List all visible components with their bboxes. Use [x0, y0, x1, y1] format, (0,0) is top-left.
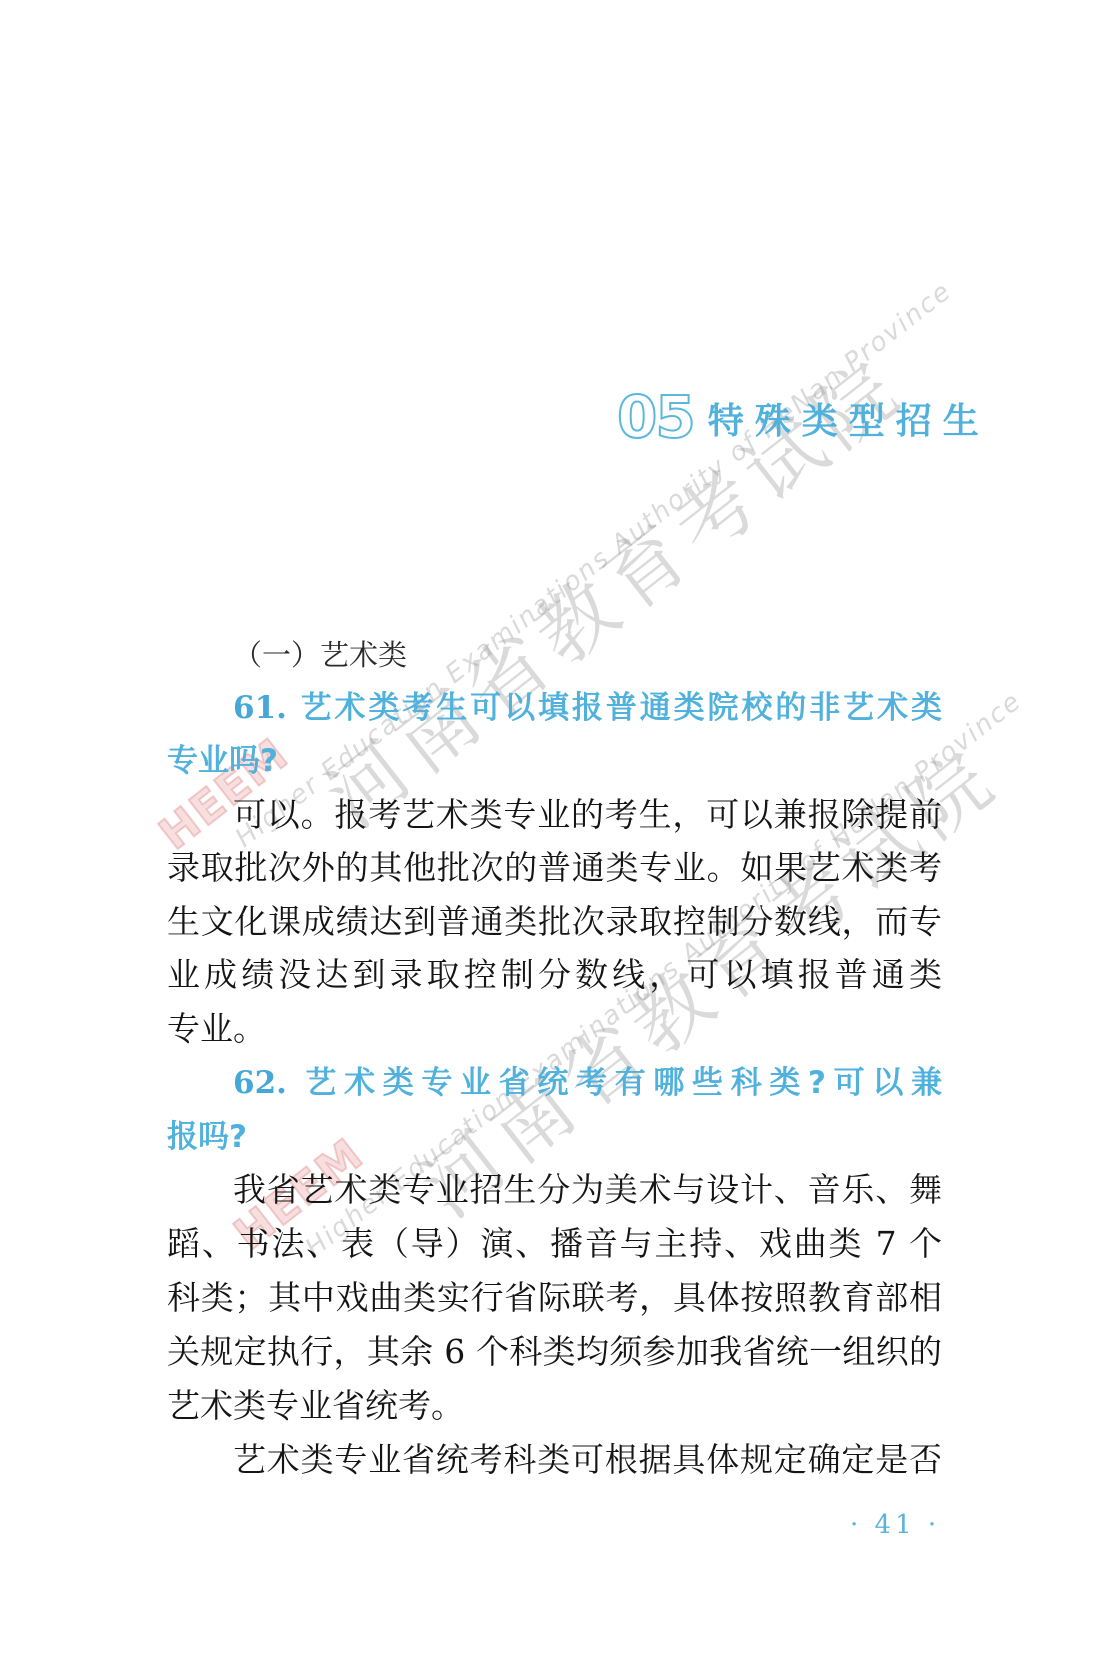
question-title: 61. 艺术类考生可以填报普通类院校的非艺术类: [233, 681, 942, 735]
chapter-title: 05 特殊类型招生: [617, 388, 990, 446]
answer-paragraph-line: 关规定执行，其余 6 个科类均须参加我省统一组织的: [167, 1325, 942, 1379]
question-title-text: 艺术类考生可以填报普通类院校的非艺术类: [301, 690, 942, 726]
answer-paragraph-line: 业成绩没达到录取控制分数线，可以填报普通类: [167, 948, 942, 1002]
page-number: · 41 ·: [850, 1510, 940, 1540]
question-number: 62.: [233, 1065, 287, 1101]
answer-paragraph-line: 蹈、书法、表（导）演、播音与主持、戏曲类 7 个: [167, 1217, 942, 1271]
question-title: 62. 艺术类专业省统考有哪些科类?可以兼: [233, 1056, 942, 1110]
answer-paragraph-line: 我省艺术类专业招生分为美术与设计、音乐、舞: [233, 1163, 942, 1217]
section-heading: （一）艺术类: [233, 628, 942, 682]
question-title-text: 艺术类专业省统考有哪些科类?可以兼: [305, 1065, 942, 1101]
chapter-number: 05: [617, 388, 694, 446]
question-title-continued: 专业吗?: [167, 734, 942, 788]
answer-paragraph-line: 科类；其中戏曲类实行省际联考，具体按照教育部相: [167, 1271, 942, 1325]
question-title-continued: 报吗?: [167, 1110, 942, 1164]
answer-paragraph-line: 艺术类专业省统考科类可根据具体规定确定是否: [233, 1433, 942, 1487]
answer-paragraph-line: 可以。报考艺术类专业的考生，可以兼报除提前: [233, 788, 942, 842]
document-page: 河南省教育考试院 Higher Education Examinations A…: [0, 0, 1102, 1654]
chapter-name: 特殊类型招生: [708, 404, 990, 446]
answer-paragraph-line: 艺术类专业省统考。: [167, 1379, 942, 1433]
answer-paragraph-line: 录取批次外的其他批次的普通类专业。如果艺术类考: [167, 841, 942, 895]
question-number: 61.: [233, 690, 287, 726]
answer-paragraph-line: 专业。: [167, 1002, 942, 1056]
answer-paragraph-line: 生文化课成绩达到普通类批次录取控制分数线，而专: [167, 895, 942, 949]
